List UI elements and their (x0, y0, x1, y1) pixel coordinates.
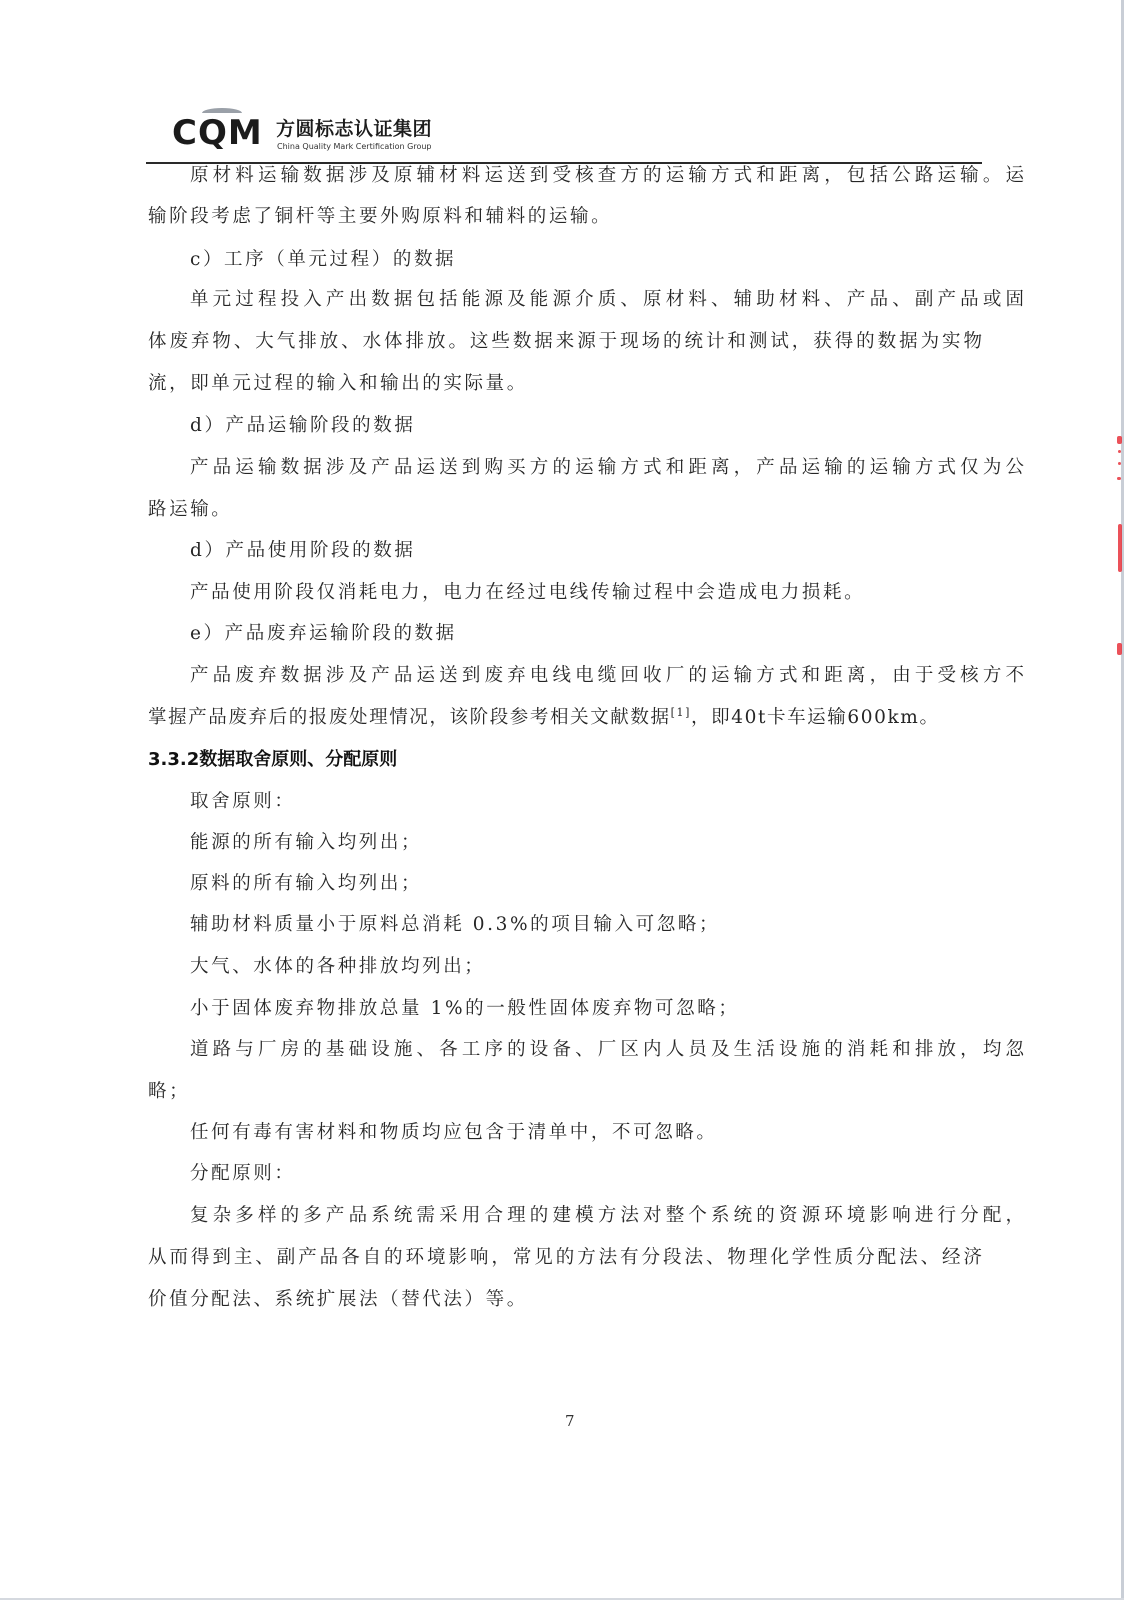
list-heading-e: e）产品废弃运输阶段的数据 (148, 620, 1024, 648)
paragraph-line: 输阶段考虑了铜杆等主要外购原料和辅料的运输。 (148, 203, 982, 231)
logo-name-cn: 方圆标志认证集团 (276, 118, 432, 140)
paragraph-line: 原材料运输数据涉及原辅材料运送到受核查方的运输方式和距离，包括公路运输。运 (148, 162, 1024, 190)
paragraph-line: 流，即单元过程的输入和输出的实际量。 (148, 370, 982, 398)
paragraph-line: 从而得到主、副产品各自的环境影响，常见的方法有分段法、物理化学性质分配法、经济 (148, 1244, 982, 1272)
rule-item: 原料的所有输入均列出； (148, 870, 1024, 898)
rule-item: 小于固体废弃物排放总量 1%的一般性固体废弃物可忽略； (148, 995, 1024, 1023)
paragraph-text: 掌握产品废弃后的报废处理情况，该阶段参考相关文献数据 (148, 707, 671, 728)
subheading: 取舍原则： (148, 788, 1024, 816)
rule-item: 能源的所有输入均列出； (148, 829, 1024, 857)
rule-item: 任何有毒有害材料和物质均应包含于清单中，不可忽略。 (148, 1119, 1024, 1147)
section-heading: 3.3.2数据取舍原则、分配原则 (148, 746, 982, 774)
list-heading-d2: d）产品使用阶段的数据 (148, 537, 1024, 565)
list-heading-c: c）工序（单元过程）的数据 (148, 246, 1024, 274)
paragraph-text: ，即40t卡车运输600km。 (691, 707, 940, 728)
page-number: 7 (565, 1412, 575, 1430)
paragraph-line: 产品使用阶段仅消耗电力，电力在经过电线传输过程中会造成电力损耗。 (148, 579, 1024, 607)
paragraph-line-with-citation: 掌握产品废弃后的报废处理情况，该阶段参考相关文献数据[1]，即40t卡车运输60… (148, 704, 982, 732)
paragraph-line: 价值分配法、系统扩展法（替代法）等。 (148, 1286, 982, 1314)
logo-mark: CQM (172, 114, 263, 152)
list-heading-d: d）产品运输阶段的数据 (148, 412, 1024, 440)
paragraph-line: 单元过程投入产出数据包括能源及能源介质、原材料、辅助材料、产品、副产品或固 (148, 286, 1024, 314)
citation-marker: [1] (671, 706, 691, 719)
rule-item: 辅助材料质量小于原料总消耗 0.3%的项目输入可忽略； (148, 911, 1024, 939)
logo-name-en: China Quality Mark Certification Group (277, 142, 432, 151)
rule-item: 大气、水体的各种排放均列出； (148, 953, 1024, 981)
paragraph-line: 复杂多样的多产品系统需采用合理的建模方法对整个系统的资源环境影响进行分配， (148, 1202, 1024, 1230)
paragraph-line: 产品废弃数据涉及产品运送到废弃电线电缆回收厂的运输方式和距离，由于受核方不 (148, 662, 1024, 690)
rule-item: 道路与厂房的基础设施、各工序的设备、厂区内人员及生活设施的消耗和排放，均忽 (148, 1036, 1024, 1064)
paragraph-line: 产品运输数据涉及产品运送到购买方的运输方式和距离，产品运输的运输方式仅为公 (148, 454, 1024, 482)
rule-item-continued: 略； (148, 1078, 982, 1106)
header-logo: CQM 方圆标志认证集团 China Quality Mark Certific… (172, 104, 492, 156)
paragraph-line: 体废弃物、大气排放、水体排放。这些数据来源于现场的统计和测试，获得的数据为实物 (148, 328, 982, 356)
paragraph-line: 路运输。 (148, 496, 982, 524)
subheading: 分配原则： (148, 1160, 1024, 1188)
